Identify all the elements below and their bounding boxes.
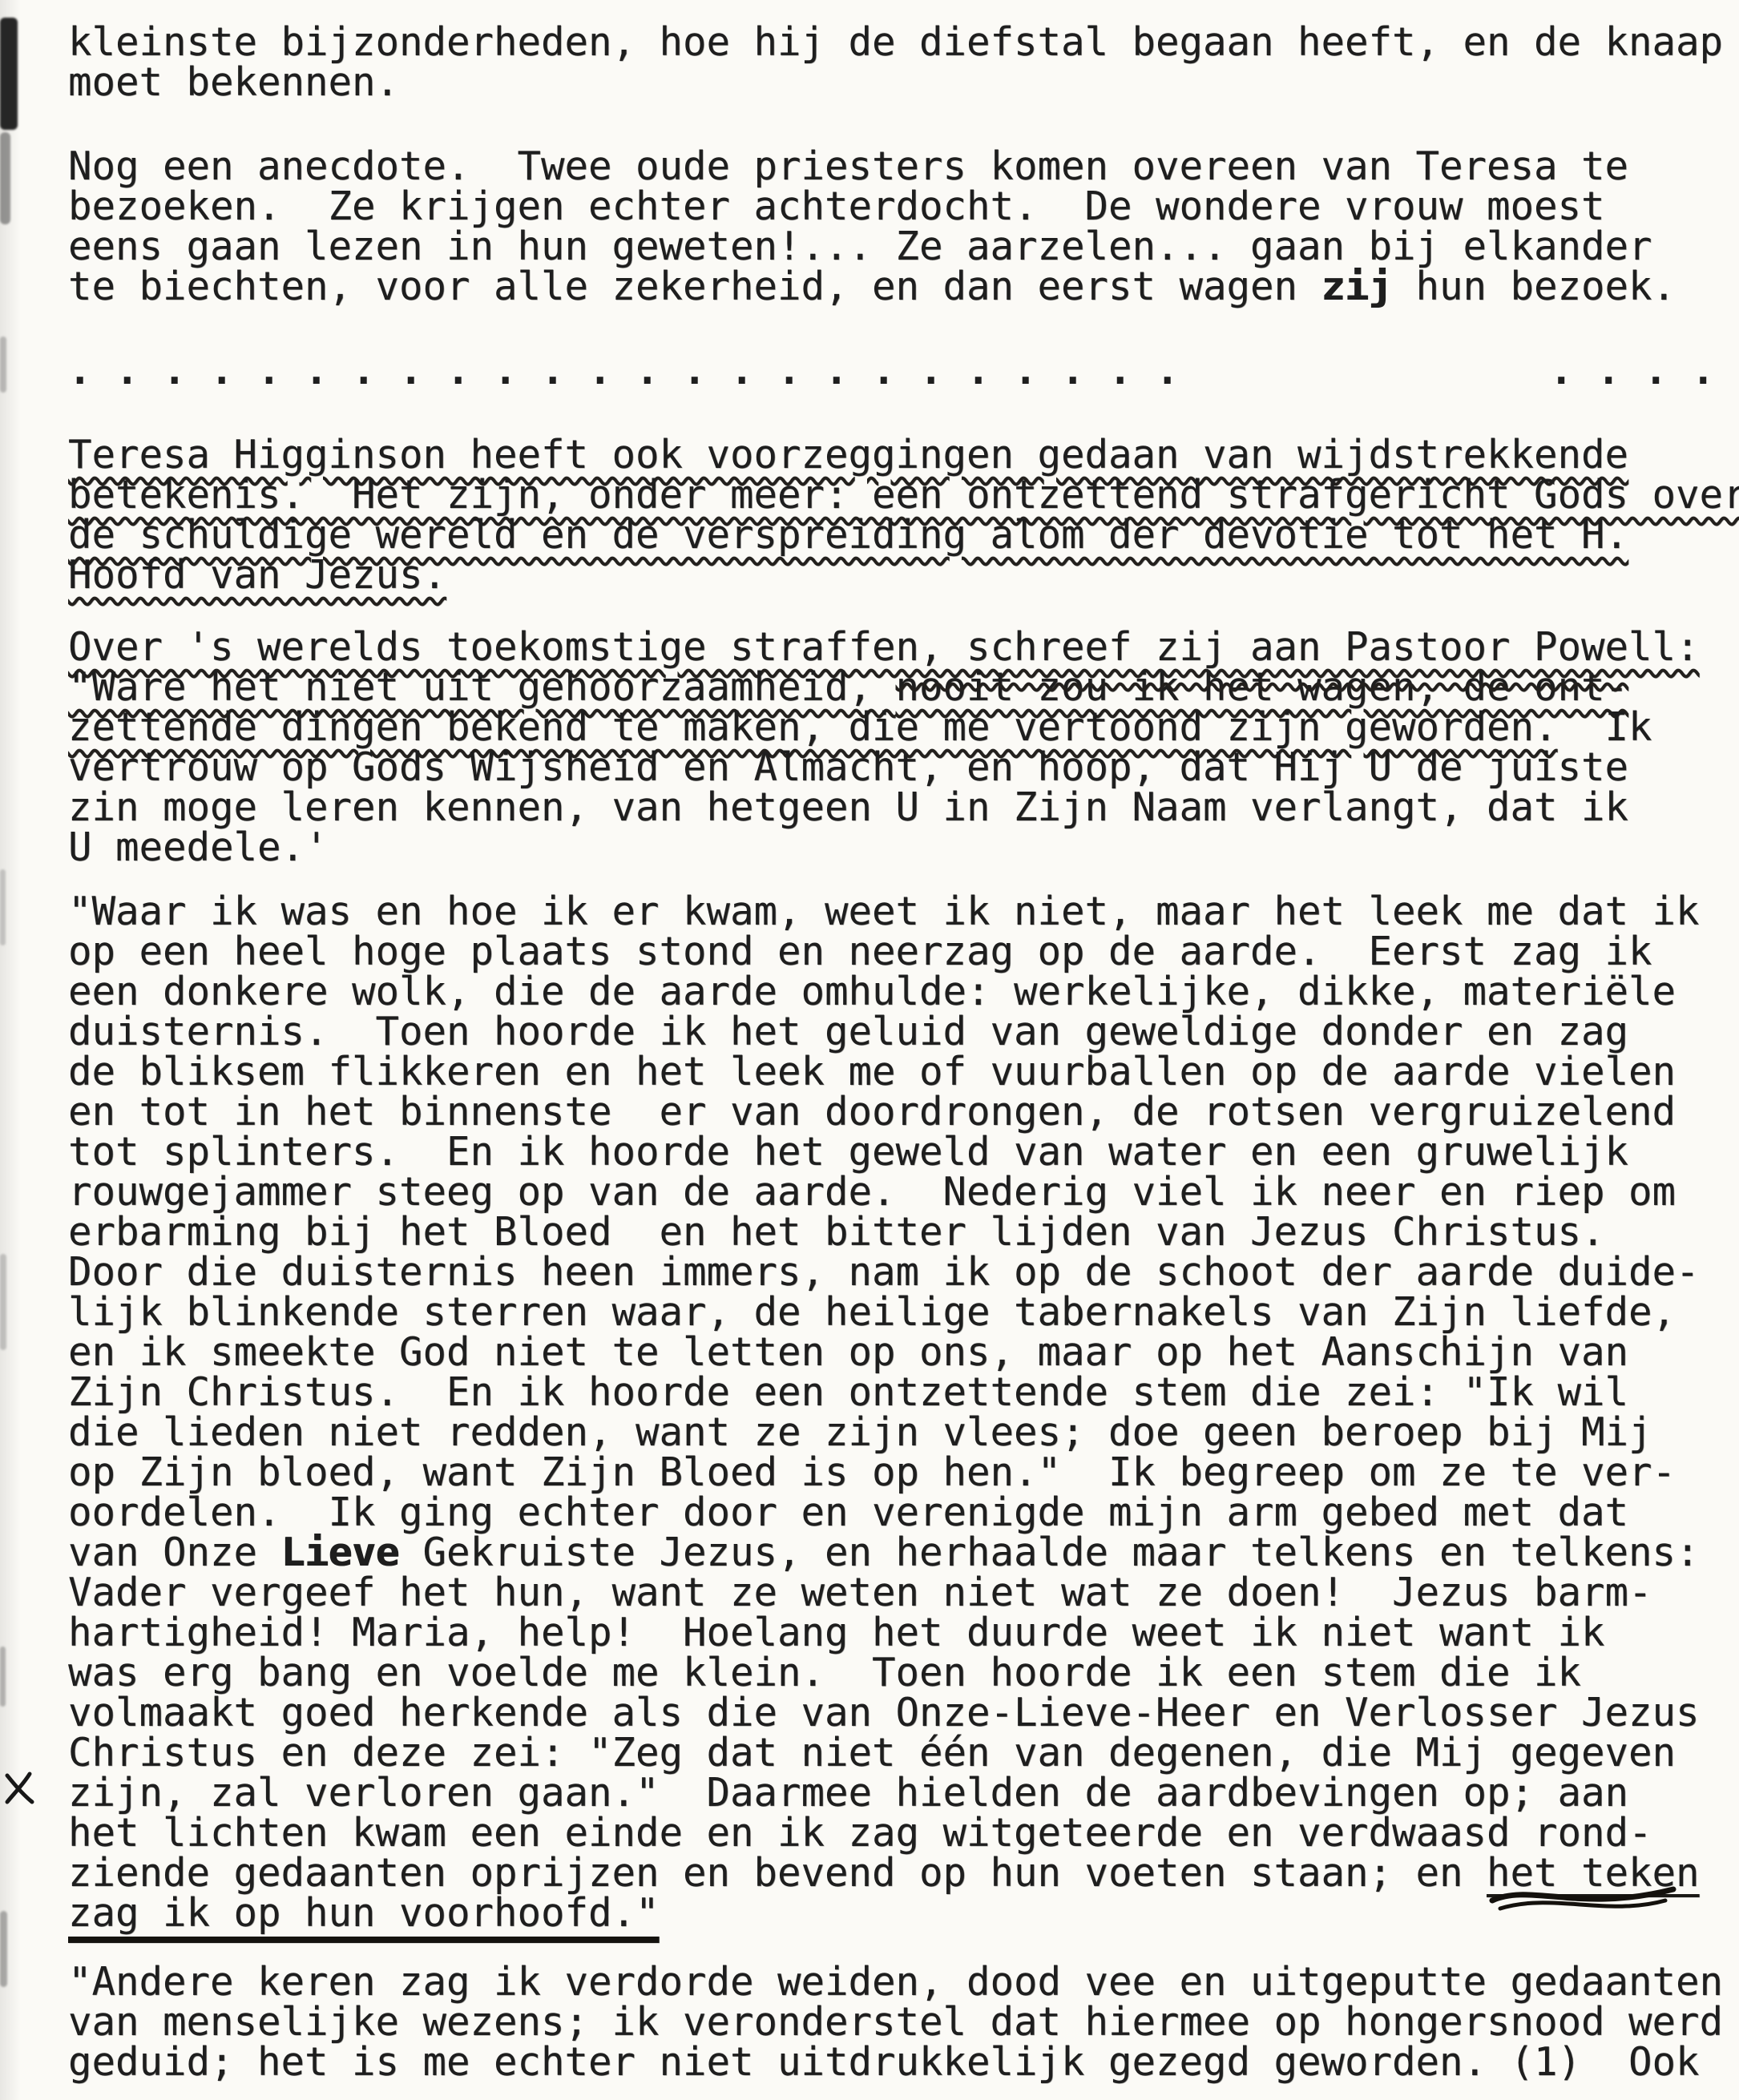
dots-left: . . . . . . . . . . . . . . . . . . . . … [68, 351, 1180, 391]
paragraph-vision: "Waar ik was en hoe ik er kwam, weet ik … [68, 892, 1715, 1933]
text-segment: Lieve [281, 1530, 400, 1575]
text-line: betekenis. Het zijn, onder meer: een ont… [68, 475, 1715, 515]
text-line: bezoeken. Ze krijgen echter achterdocht.… [68, 187, 1715, 227]
text-line: tot splinters. En ik hoorde het geweld v… [68, 1132, 1715, 1172]
text-line: een donkere wolk, die de aarde omhulde: … [68, 972, 1715, 1012]
text-line: Vader vergeef het hun, want ze weten nie… [68, 1573, 1715, 1613]
text-segment: zij [1321, 264, 1393, 309]
text-line: volmaakt goed herkende als die van Onze-… [68, 1693, 1715, 1733]
text-segment: tot splinters. En ik hoorde het geweld v… [68, 1129, 1628, 1175]
text-segment: van Onze [68, 1530, 281, 1575]
text-segment: hun bezoek. [1392, 264, 1676, 309]
text-line: erbarming bij het Bloed en het bitter li… [68, 1212, 1715, 1252]
paragraph-andere-keren: "Andere keren zag ik verdorde weiden, do… [68, 1962, 1715, 2082]
text-line: het lichten kwam een einde en ik zag wit… [68, 1813, 1715, 1853]
text-segment: was erg bang en voelde me klein. Toen ho… [68, 1650, 1581, 1695]
paragraph-intro: kleinste bijzonderheden, hoe hij de dief… [68, 22, 1715, 103]
text-line: op een heel hoge plaats stond en neerzag… [68, 932, 1715, 972]
text-segment: op een heel hoge plaats stond en neerzag… [68, 929, 1652, 974]
text-line: Over 's werelds toekomstige straffen, sc… [68, 627, 1715, 667]
text-segment: eens gaan lezen in hun geweten!... Ze aa… [68, 224, 1652, 269]
text-segment: bezoeken. Ze krijgen echter achterdocht.… [68, 183, 1605, 229]
text-segment: Nog een anecdote. Twee oude priesters ko… [68, 143, 1628, 189]
text-segment: zettende dingen bekend te maken, die me … [68, 704, 1558, 750]
text-line: zettende dingen bekend te maken, die me … [68, 707, 1715, 748]
text-segment: "Andere keren zag ik verdorde weiden, do… [68, 1959, 1723, 2005]
text-segment: rouwgejammer steeg op van de aarde. Nede… [68, 1169, 1676, 1215]
text-segment: lijk blinkende sterren waar, de heilige … [68, 1289, 1676, 1335]
text-line: te biechten, voor alle zekerheid, en dan… [68, 267, 1715, 307]
text-line: Hoofd van Jezus. [68, 555, 1715, 595]
text-segment: kleinste bijzonderheden, hoe hij de dief… [68, 19, 1723, 65]
text-segment: vertrouw op Gods Wijsheid en Almacht, en… [68, 744, 1628, 790]
text-segment: U meedele.' [68, 824, 329, 870]
text-line: "Ware het niet uit gehoorzaamheid, nooit… [68, 667, 1715, 707]
text-line: hartigheid! Maria, help! Hoelang het duu… [68, 1613, 1715, 1653]
text-line: rouwgejammer steeg op van de aarde. Nede… [68, 1172, 1715, 1212]
text-line: van menselijke wezens; ik veronderstel d… [68, 2002, 1715, 2042]
text-segment: zin moge leren kennen, van hetgeen U in … [68, 784, 1628, 830]
text-line: Nog een anecdote. Twee oude priesters ko… [68, 147, 1715, 187]
text-line: Door die duisternis heen immers, nam ik … [68, 1252, 1715, 1292]
text-segment: het lichten kwam een einde en ik zag wit… [68, 1810, 1652, 1856]
text-line: op Zijn bloed, want Zijn Bloed is op hen… [68, 1453, 1715, 1493]
text-segment: de schuldige wereld en de verspreiding a… [68, 512, 1628, 558]
text-line: de schuldige wereld en de verspreiding a… [68, 515, 1715, 555]
text-line: moet bekennen. [68, 62, 1715, 103]
text-line: was erg bang en voelde me klein. Toen ho… [68, 1653, 1715, 1693]
text-segment: op Zijn bloed, want Zijn Bloed is op hen… [68, 1449, 1676, 1495]
text-line: "Andere keren zag ik verdorde weiden, do… [68, 1962, 1715, 2002]
text-segment: geduid; het is me echter niet uitdrukkel… [68, 2039, 1700, 2085]
paragraph-letter-powell: Over 's werelds toekomstige straffen, sc… [68, 627, 1715, 868]
paragraph-teresa-prophecies: Teresa Higginson heeft ook voorzeggingen… [68, 435, 1715, 595]
handwritten-x-mark [2, 1769, 37, 1806]
text-line: Christus en deze zei: "Zeg dat niet één … [68, 1733, 1715, 1773]
text-segment: Vader vergeef het hun, want ze weten nie… [68, 1570, 1652, 1615]
text-segment: ziende gedaanten oprijzen en bevend op h… [68, 1850, 1487, 1896]
paragraph-anecdote: Nog een anecdote. Twee oude priesters ko… [68, 147, 1715, 307]
text-line: eens gaan lezen in hun geweten!... Ze aa… [68, 227, 1715, 267]
text-line: zag ik op hun voorhoofd." [68, 1893, 1715, 1933]
text-segment: nooit zou ik het wagen, de ont- [896, 664, 1629, 710]
dotted-separator: . . . . . . . . . . . . . . . . . . . . … [68, 351, 1715, 391]
text-segment: van menselijke wezens; ik veronderstel d… [68, 1999, 1723, 2045]
text-segment: Over 's werelds toekomstige straffen, sc… [68, 624, 1700, 670]
text-segment: die lieden niet redden, want ze zijn vle… [68, 1409, 1652, 1455]
text-line: "Waar ik was en hoe ik er kwam, weet ik … [68, 892, 1715, 932]
text-segment: Christus en deze zei: "Zeg dat niet één … [68, 1730, 1676, 1776]
text-line: oordelen. Ik ging echter door en verenig… [68, 1493, 1715, 1533]
text-segment: de bliksem flikkeren en het leek me of v… [68, 1049, 1676, 1094]
text-line: vertrouw op Gods Wijsheid en Almacht, en… [68, 748, 1715, 788]
document-text: kleinste bijzonderheden, hoe hij de dief… [0, 0, 1739, 2082]
dots-right: . . . . [1549, 351, 1715, 391]
text-segment: een donkere wolk, die de aarde omhulde: … [68, 969, 1676, 1014]
text-segment: "Waar ik was en hoe ik er kwam, weet ik … [68, 889, 1700, 934]
text-line: zin moge leren kennen, van hetgeen U in … [68, 788, 1715, 828]
text-line: duisternis. Toen hoorde ik het geluid va… [68, 1012, 1715, 1052]
scanned-page: kleinste bijzonderheden, hoe hij de dief… [0, 0, 1739, 2100]
text-segment: volmaakt goed herkende als die van Onze-… [68, 1690, 1700, 1735]
text-segment: Ik [1558, 704, 1652, 750]
text-line: die lieden niet redden, want ze zijn vle… [68, 1413, 1715, 1453]
text-segment: Gekruiste Jezus, en herhaalde maar telke… [399, 1530, 1700, 1575]
text-segment: duisternis. Toen hoorde ik het geluid va… [68, 1009, 1628, 1054]
text-segment: Teresa Higginson heeft ook voorzeggingen… [68, 432, 1628, 478]
text-segment: Hoofd van Jezus. [68, 552, 446, 598]
text-line: geduid; het is me echter niet uitdrukkel… [68, 2042, 1715, 2082]
text-line: kleinste bijzonderheden, hoe hij de dief… [68, 22, 1715, 62]
text-line: ziende gedaanten oprijzen en bevend op h… [68, 1853, 1715, 1893]
text-line: en tot in het binnenste er van doordrong… [68, 1092, 1715, 1132]
text-segment: Zijn Christus. En ik hoorde een ontzette… [68, 1369, 1628, 1415]
text-segment: hartigheid! Maria, help! Hoelang het duu… [68, 1610, 1605, 1655]
text-line: zijn, zal verloren gaan." Daarmee hielde… [68, 1773, 1715, 1813]
text-segment: oordelen. Ik ging echter door en verenig… [68, 1489, 1628, 1535]
text-line: en ik smeekte God niet te letten op ons,… [68, 1332, 1715, 1372]
text-segment: erbarming bij het Bloed en het bitter li… [68, 1209, 1605, 1255]
text-segment: "Ware het niet uit gehoorzaamheid, [68, 664, 896, 710]
text-segment: zijn, zal verloren gaan." Daarmee hielde… [68, 1770, 1628, 1816]
text-line: Teresa Higginson heeft ook voorzeggingen… [68, 435, 1715, 475]
text-line: Zijn Christus. En ik hoorde een ontzette… [68, 1372, 1715, 1413]
text-segment: en tot in het binnenste er van doordrong… [68, 1089, 1676, 1135]
text-line: van Onze Lieve Gekruiste Jezus, en herha… [68, 1533, 1715, 1573]
text-segment: Door die duisternis heen immers, nam ik … [68, 1249, 1700, 1295]
text-segment: en ik smeekte God niet te letten op ons,… [68, 1329, 1628, 1375]
text-segment: moet bekennen. [68, 59, 399, 105]
pen-squiggle-flourish [1487, 1878, 1680, 1918]
text-line: U meedele.' [68, 828, 1715, 868]
text-segment: te biechten, voor alle zekerheid, en dan… [68, 264, 1321, 309]
text-segment: zag ik op hun voorhoofd." [68, 1890, 660, 1936]
text-line: de bliksem flikkeren en het leek me of v… [68, 1052, 1715, 1092]
text-line: lijk blinkende sterren waar, de heilige … [68, 1292, 1715, 1332]
text-segment: betekenis. Het zijn, onder meer: een ont… [68, 472, 1739, 518]
